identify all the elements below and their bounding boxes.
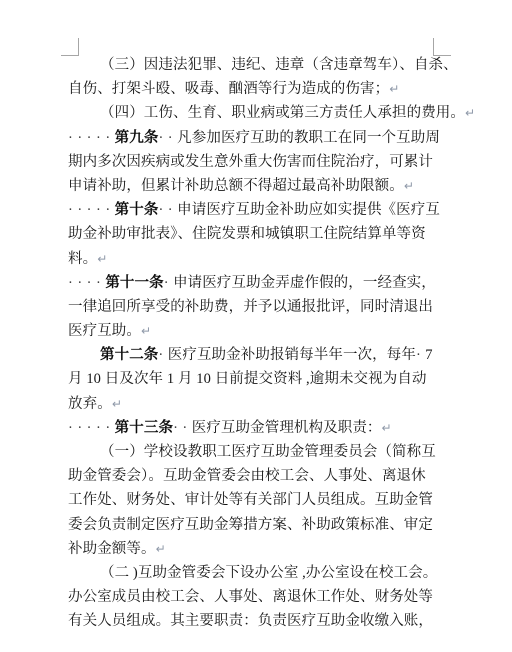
text-run: 申请补助，但累计补助总额不得超过最高补助限额。: [68, 178, 404, 194]
text-line: 补助金额等。↵: [68, 537, 448, 561]
text-line: 委会负责制定医疗互助金筹措方案、补助政策标准、审定: [68, 513, 448, 537]
text-run: （三）因违法犯罪、违纪、违章（含违章驾车）、自杀、: [100, 57, 458, 73]
article-number: 第十二条: [100, 347, 158, 363]
page-text: （三）因违法犯罪、违纪、违章（含违章驾车）、自杀、自伤、打架斗殴、吸毒、酗酒等行…: [68, 53, 448, 634]
text-run: 一律追回所享受的补助费，并予以通报批评，同时清退出: [68, 299, 433, 315]
text-run: 助金补助审批表》、住院发票和城镇职工住院结算单等资: [68, 226, 426, 242]
text-run: 补助金额等。: [68, 541, 156, 557]
text-run: 料。: [68, 251, 97, 267]
text-line: 料。↵: [68, 247, 448, 271]
text-line: 工作处、财务处、审计处等有关部门人员组成。互助金管: [68, 488, 448, 512]
space-marks: ··: [158, 202, 177, 218]
text-run: 助金管委会）。互助金管委会由校工会、人事处、离退休: [68, 468, 426, 484]
text-run: 申请医疗互助金弄虚作假的，一经查实，: [173, 275, 436, 291]
text-run: （四）工伤、生育、职业病或第三方责任人承担的费用。: [100, 105, 465, 121]
text-run: （二 )互助金管委会下设办公室 ,办公室设在校工会。: [100, 565, 437, 581]
text-run: 办公室成员由校工会、人事处、离退休工作处、财务处等: [68, 589, 433, 605]
text-run: 申请医疗互助金补助应如实提供《医疗互: [177, 202, 440, 218]
space-marks: ·: [158, 347, 167, 363]
article-number: 第十一条: [105, 275, 163, 291]
text-line: 第十二条·医疗互助金补助报销每半年一次，每年·7: [68, 343, 448, 367]
space-marks: ·····: [68, 130, 115, 146]
space-marks: ····: [68, 275, 105, 291]
text-run: 放弃。: [68, 396, 112, 412]
text-run: 凡参加医疗互助的教职工在同一个互助周: [177, 130, 440, 146]
text-line: （四）工伤、生育、职业病或第三方责任人承担的费用。↵: [68, 101, 448, 125]
text-line: 助金管委会）。互助金管委会由校工会、人事处、离退休: [68, 464, 448, 488]
paragraph-mark-icon: ↵: [404, 179, 414, 193]
text-line: 办公室成员由校工会、人事处、离退休工作处、财务处等: [68, 585, 448, 609]
article-number: 第九条: [115, 130, 159, 146]
space-marks: ··: [173, 420, 192, 436]
text-run: 自伤、打架斗殴、吸毒、酗酒等行为造成的伤害；: [68, 81, 389, 97]
text-line: 医疗互助。↵: [68, 319, 448, 343]
space-marks: ·: [416, 347, 425, 363]
text-line: 放弃。↵: [68, 392, 448, 416]
text-line: 助金补助审批表》、住院发票和城镇职工住院结算单等资: [68, 222, 448, 246]
space-marks: ··: [158, 130, 177, 146]
text-run: 7: [425, 347, 432, 363]
paragraph-mark-icon: ↵: [465, 106, 475, 120]
text-line: 有关人员组成。其主要职责：负责医疗互助金收缴入账，: [68, 609, 448, 633]
text-run: 工作处、财务处、审计处等有关部门人员组成。互助金管: [68, 492, 433, 508]
text-line: ·····第十三条··医疗互助金管理机构及职责：↵: [68, 416, 448, 440]
paragraph-mark-icon: ↵: [389, 82, 399, 96]
paragraph-mark-icon: ↵: [141, 324, 151, 338]
text-line: ····第十一条·申请医疗互助金弄虚作假的，一经查实，: [68, 271, 448, 295]
paragraph-mark-icon: ↵: [112, 397, 122, 411]
document-page: （三）因违法犯罪、违纪、违章（含违章驾车）、自杀、自伤、打架斗殴、吸毒、酗酒等行…: [0, 0, 512, 652]
text-run: 月 10 日及次年 1 月 10 日前提交资料 ,逾期未交视为自动: [68, 371, 427, 387]
text-line: （一）学校设教职工医疗互助金管理委员会（简称互: [68, 440, 448, 464]
space-marks: ·····: [68, 202, 115, 218]
text-line: 期内多次因疾病或发生意外重大伤害而住院治疗，可累计: [68, 150, 448, 174]
text-run: 医疗互助金补助报销每半年一次，每年: [168, 347, 416, 363]
article-number: 第十三条: [115, 420, 173, 436]
space-marks: ·····: [68, 420, 115, 436]
text-line: 一律追回所享受的补助费，并予以通报批评，同时清退出: [68, 295, 448, 319]
text-line: 月 10 日及次年 1 月 10 日前提交资料 ,逾期未交视为自动: [68, 367, 448, 391]
paragraph-mark-icon: ↵: [97, 252, 107, 266]
text-run: （一）学校设教职工医疗互助金管理委员会（简称互: [100, 444, 436, 460]
paragraph-mark-icon: ↵: [156, 542, 166, 556]
text-run: 有关人员组成。其主要职责：负责医疗互助金收缴入账，: [68, 613, 433, 629]
text-run: 委会负责制定医疗互助金筹措方案、补助政策标准、审定: [68, 517, 433, 533]
text-run: 期内多次因疾病或发生意外重大伤害而住院治疗，可累计: [68, 154, 433, 170]
text-line: 申请补助，但累计补助总额不得超过最高补助限额。↵: [68, 174, 448, 198]
article-number: 第十条: [115, 202, 159, 218]
text-line: 自伤、打架斗殴、吸毒、酗酒等行为造成的伤害；↵: [68, 77, 448, 101]
text-run: 医疗互助金管理机构及职责：: [192, 420, 382, 436]
text-run: 医疗互助。: [68, 323, 141, 339]
text-line: （二 )互助金管委会下设办公室 ,办公室设在校工会。: [68, 561, 448, 585]
space-marks: ·: [164, 275, 173, 291]
paragraph-mark-icon: ↵: [382, 421, 392, 435]
text-line: ·····第九条··凡参加医疗互助的教职工在同一个互助周: [68, 126, 448, 150]
text-line: （三）因违法犯罪、违纪、违章（含违章驾车）、自杀、: [68, 53, 448, 77]
text-line: ·····第十条··申请医疗互助金补助应如实提供《医疗互: [68, 198, 448, 222]
